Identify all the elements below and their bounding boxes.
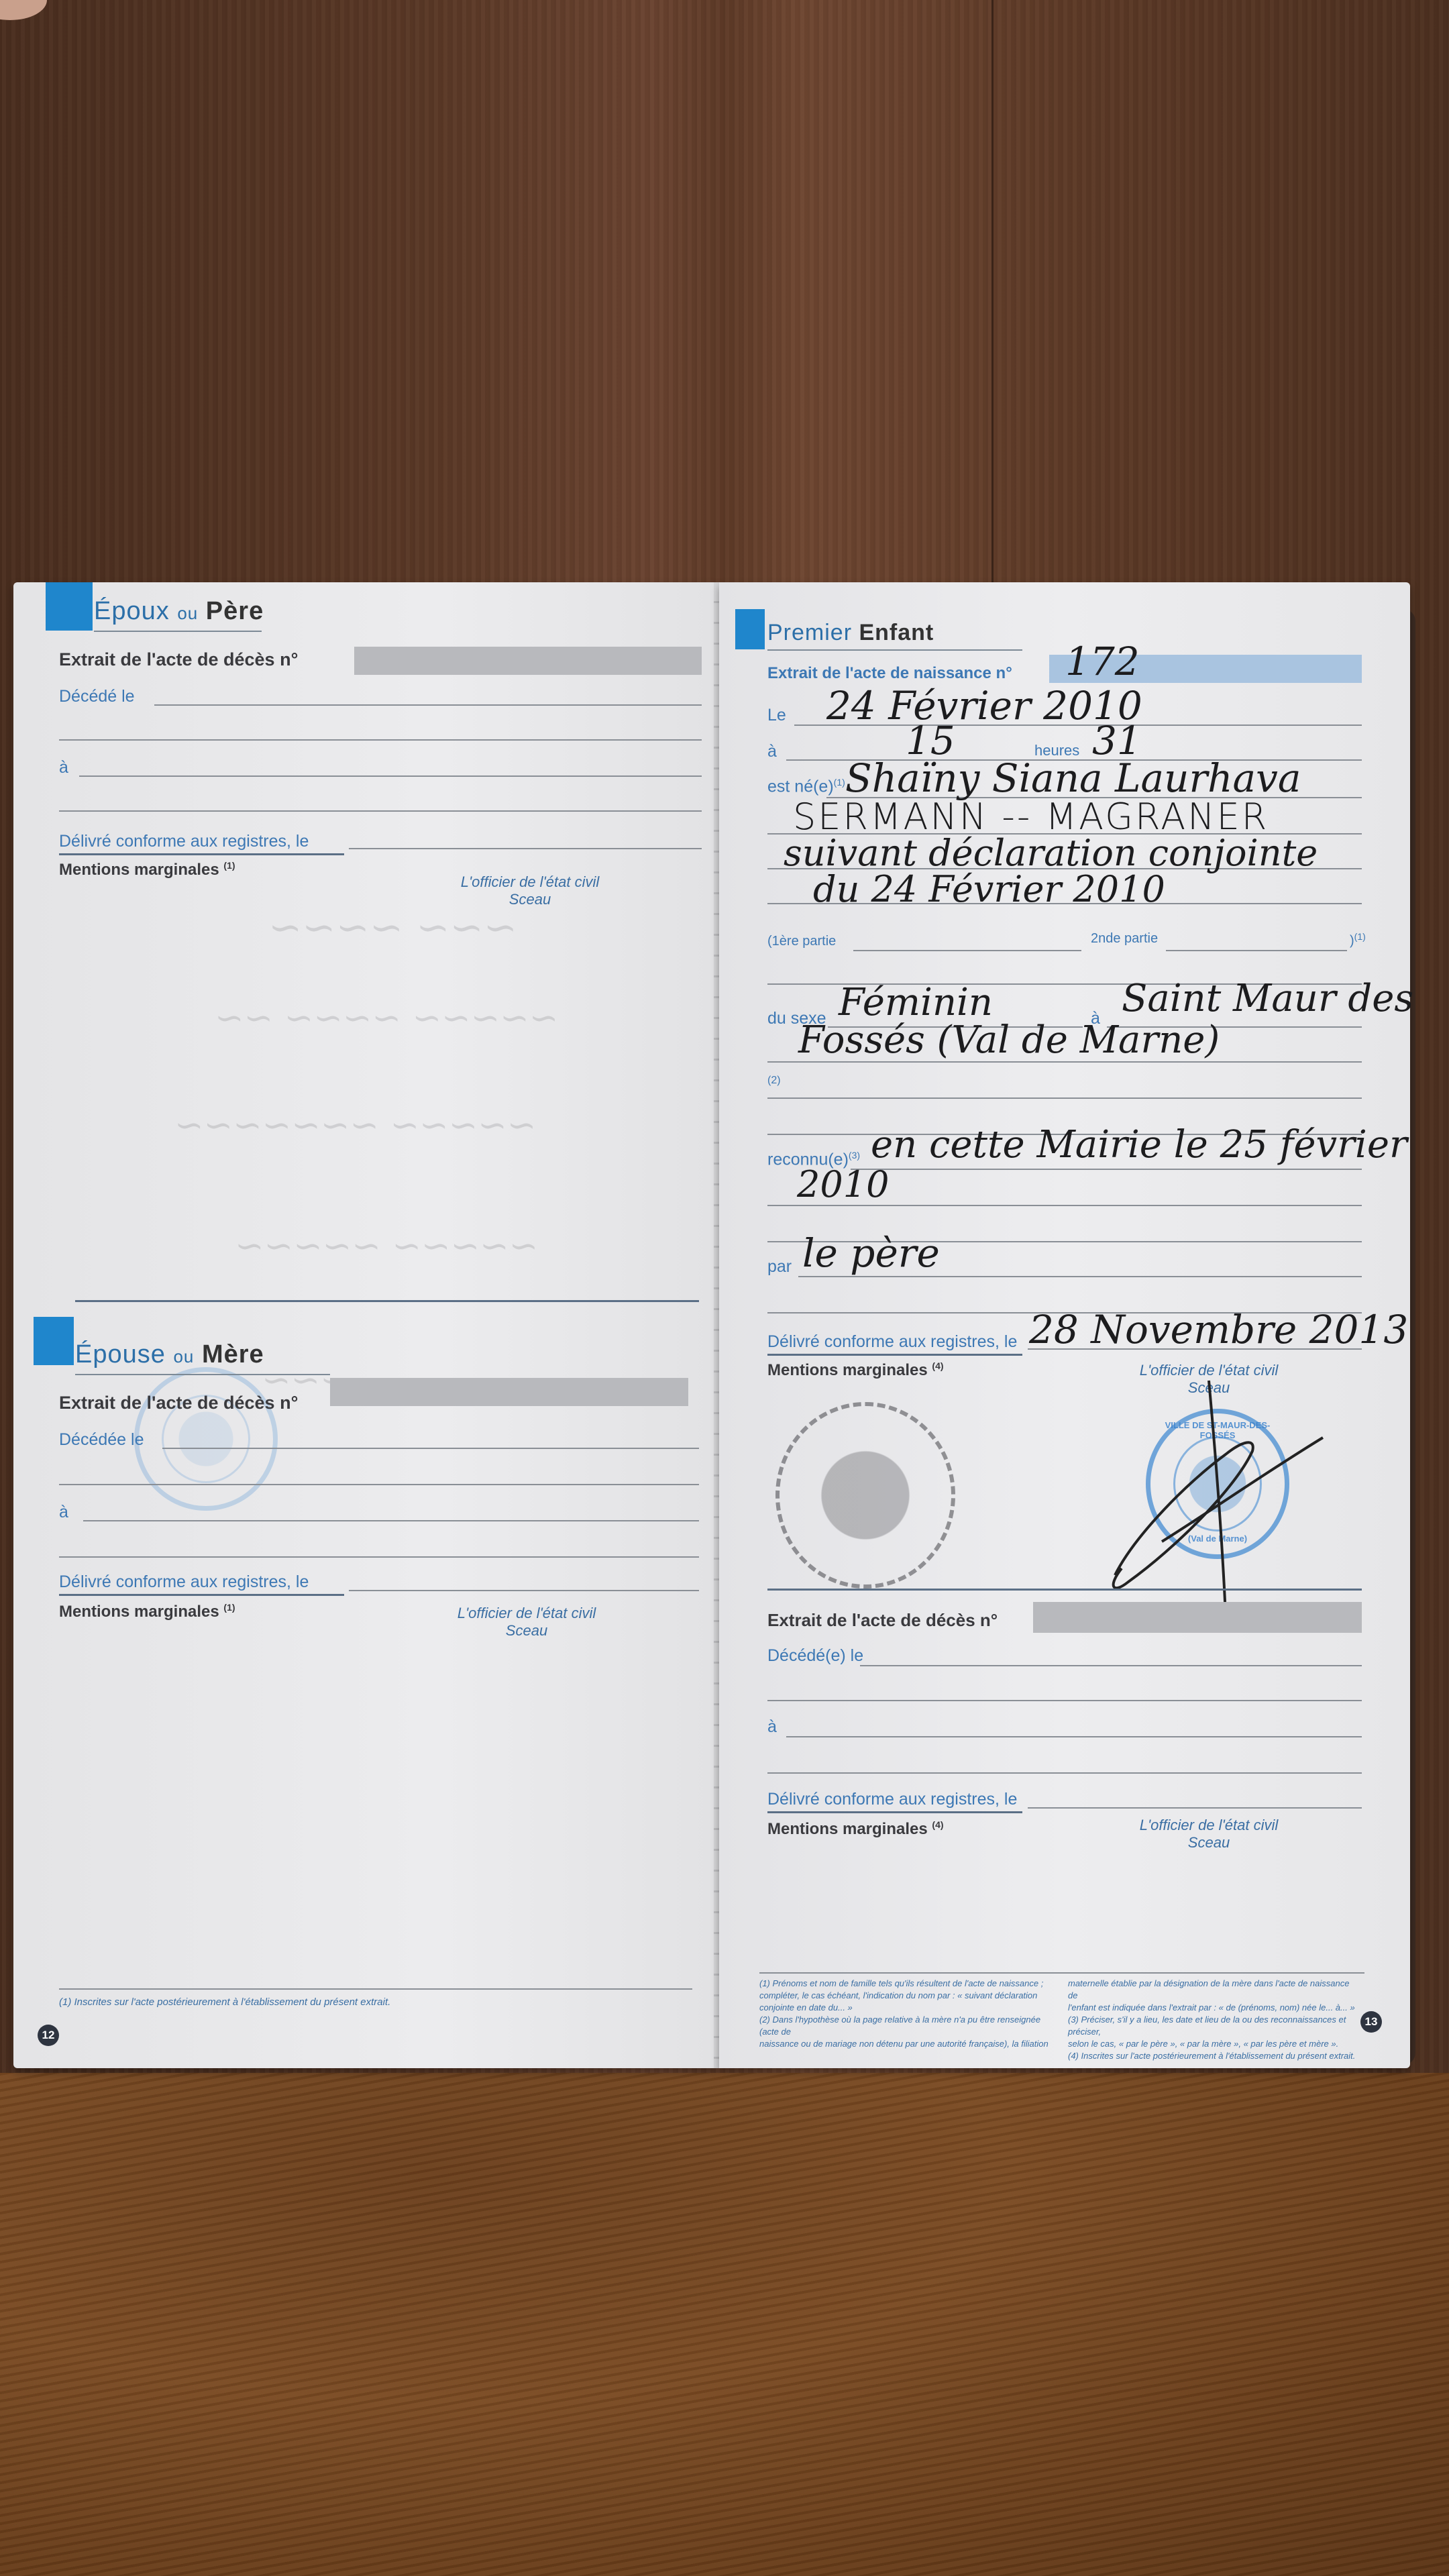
death-extract-label: Extrait de l'acte de décès n° — [59, 1393, 298, 1413]
footnote-line: l'enfant est indiquée dans l'extrait par… — [1068, 2002, 1356, 2014]
marginal-notes-label: Mentions marginales (4) — [767, 1360, 944, 1380]
title-underline — [94, 631, 262, 632]
footnote-line: (3) Préciser, s'il y a lieu, les date et… — [1068, 2014, 1356, 2038]
birth-extract-label: Extrait de l'acte de naissance n° — [767, 664, 1012, 683]
place-line-2[interactable] — [59, 810, 702, 812]
seal-label: Sceau — [436, 1622, 617, 1640]
died-on-line-2[interactable] — [59, 739, 702, 741]
ref-2-label: (2) — [767, 1075, 781, 1087]
bleed-through-ink: ~~~~~ ~~~~~~~ — [174, 1106, 536, 1146]
declaration-date: du 24 Février 2010 — [813, 868, 1165, 910]
marginal-notes-text: Mentions marginales — [767, 1820, 928, 1838]
place-line-2[interactable] — [59, 1556, 699, 1558]
officer-signature — [1108, 1374, 1350, 1622]
parts-close: )(1) — [1350, 931, 1366, 949]
recognized-line-1[interactable] — [851, 1169, 1362, 1170]
footnote-line: (4) Inscrites sur l'acte postérieurement… — [1068, 2050, 1356, 2062]
section-tab-marker — [46, 582, 93, 631]
footnote-divider — [59, 1988, 692, 1990]
footnote-line: selon le cas, « par le père », « par la … — [1068, 2038, 1356, 2050]
title-bold: Père — [206, 597, 264, 625]
birthplace-line-2-text: Fossés (Val de Marne) — [798, 1018, 1220, 1062]
wood-board-seam — [991, 0, 994, 590]
bleed-through-ink: ~~~~~ ~~~~~ — [235, 1226, 538, 1267]
marginal-notes-label: Mentions marginales (1) — [59, 860, 235, 879]
title-main: Premier — [767, 620, 852, 645]
time-label: à — [767, 742, 777, 761]
footnote-line: (1) Prénoms et nom de famille tels qu'il… — [759, 1978, 1061, 1990]
title-bold: Enfant — [859, 620, 934, 645]
born-label: est né(e)(1) — [767, 777, 845, 796]
wooden-table-surface — [0, 2073, 1449, 2576]
title-underline — [75, 1374, 330, 1375]
issued-label-underline — [59, 853, 344, 855]
by-label: par — [767, 1257, 792, 1277]
footnote-line: naissance ou de mariage non détenu par u… — [759, 2038, 1061, 2050]
issued-label: Délivré conforme aux registres, le — [767, 1332, 1017, 1352]
title-connector: ou — [173, 1346, 194, 1366]
footnote-ref: (1) — [834, 777, 845, 788]
section-tab-marker — [34, 1317, 74, 1365]
date-label: Le — [767, 706, 786, 725]
died-on-line[interactable] — [154, 704, 702, 706]
second-part-line[interactable] — [1166, 950, 1347, 951]
footnote-line: (2) Dans l'hypothèse où la page relative… — [759, 2014, 1061, 2038]
title-main: Époux — [94, 597, 170, 625]
child-given-names: Shaïny Siana Laurhava — [845, 755, 1301, 801]
died-on-label: Décédé le — [59, 687, 135, 706]
title-main: Épouse — [75, 1340, 166, 1368]
place-line[interactable] — [83, 1520, 699, 1521]
right-page: Premier Enfant Extrait de l'acte de nais… — [719, 582, 1410, 2068]
place-label: à — [59, 758, 68, 777]
issued-label-underline — [59, 1594, 344, 1596]
title-connector: ou — [177, 603, 198, 623]
issued-line[interactable] — [1028, 1807, 1362, 1809]
recognized-by: le père — [802, 1230, 940, 1276]
fingertip — [0, 0, 47, 20]
seal-label: Sceau — [1122, 1834, 1296, 1851]
place-line[interactable] — [786, 1736, 1362, 1737]
place-line-2[interactable] — [767, 1772, 1362, 1774]
marginal-notes-label: Mentions marginales (4) — [767, 1819, 944, 1839]
footnote-ref: (1) — [223, 1602, 235, 1613]
ref-2-line[interactable] — [767, 1097, 1362, 1099]
footnote-ref: (1) — [223, 860, 235, 871]
marginal-notes-text: Mentions marginales — [767, 1361, 928, 1379]
death-extract-number-field[interactable] — [354, 647, 702, 675]
second-part-label: 2nde partie — [1091, 931, 1158, 947]
place-label: à — [59, 1503, 68, 1522]
death-extract-number-field[interactable] — [330, 1378, 688, 1406]
by-line[interactable] — [798, 1276, 1362, 1277]
footnote-divider — [759, 1972, 1364, 1974]
died-on-line[interactable] — [162, 1448, 699, 1449]
footnote-ref: (4) — [932, 1819, 943, 1830]
title-bold: Mère — [202, 1340, 264, 1368]
section-divider — [75, 1300, 699, 1302]
section-tab-marker — [735, 609, 765, 649]
first-part-label: (1ère partie — [767, 934, 836, 949]
recognition-year: 2010 — [797, 1163, 889, 1205]
left-page: Époux ou Père Extrait de l'acte de décès… — [13, 582, 718, 2068]
section-title-spouse-mother: Épouse ou Mère — [75, 1340, 264, 1369]
issued-label-underline — [767, 1811, 1022, 1813]
footnotes-right: maternelle établie par la désignation de… — [1068, 1978, 1356, 2062]
died-on-line[interactable] — [860, 1665, 1362, 1666]
death-extract-label: Extrait de l'acte de décès n° — [767, 1610, 998, 1631]
marginal-notes-text: Mentions marginales — [59, 861, 219, 879]
footnote-line: conjointe en date du... » — [759, 2002, 1061, 2014]
footnote-ref: (4) — [932, 1360, 943, 1371]
family-record-book: Époux ou Père Extrait de l'acte de décès… — [13, 582, 1409, 2077]
section-title-spouse-father: Époux ou Père — [94, 597, 264, 626]
footnote: (1) Inscrites sur l'acte postérieurement… — [59, 1996, 390, 2008]
marginal-notes-label: Mentions marginales (1) — [59, 1602, 235, 1621]
section-title-first-child: Premier Enfant — [767, 620, 934, 646]
close-paren: ) — [1350, 934, 1354, 949]
bleed-through-seal — [134, 1367, 278, 1511]
bleed-through-ink: ~~~ ~~~~ — [268, 904, 517, 951]
footnote-ref: (1) — [1354, 931, 1366, 942]
officer-label: L'officier de l'état civil — [436, 1605, 617, 1622]
title-underline — [767, 649, 1022, 651]
footnote-line: compléter, le cas échéant, l'indication … — [759, 1990, 1061, 2002]
officer-label: L'officier de l'état civil — [443, 873, 617, 891]
died-on-line-2[interactable] — [767, 1700, 1362, 1701]
death-extract-label: Extrait de l'acte de décès n° — [59, 649, 298, 670]
footnote-line: maternelle établie par la désignation de… — [1068, 1978, 1356, 2002]
officer-label: L'officier de l'état civil — [1122, 1817, 1296, 1834]
issued-label-underline — [767, 1354, 1022, 1356]
issued-label: Délivré conforme aux registres, le — [59, 1572, 309, 1592]
grey-ink-seal-stamp — [775, 1402, 955, 1589]
died-on-label: Décédé(e) le — [767, 1646, 863, 1666]
recognition-text: en cette Mairie le 25 février — [871, 1123, 1407, 1167]
page-number: 13 — [1360, 2011, 1382, 2033]
footnote-ref: (3) — [849, 1150, 860, 1161]
footnotes-left: (1) Prénoms et nom de famille tels qu'il… — [759, 1978, 1061, 2050]
place-line[interactable] — [79, 775, 702, 777]
marginal-notes-text: Mentions marginales — [59, 1603, 219, 1621]
issued-label: Délivré conforme aux registres, le — [59, 832, 309, 851]
issued-label: Délivré conforme aux registres, le — [767, 1790, 1017, 1809]
died-on-label: Décédée le — [59, 1430, 144, 1450]
death-extract-number-field[interactable] — [1033, 1602, 1362, 1633]
born-text: est né(e) — [767, 777, 834, 796]
first-part-line[interactable] — [853, 950, 1081, 951]
issued-line[interactable] — [349, 1590, 699, 1591]
issued-line[interactable] — [349, 848, 702, 849]
page-number: 12 — [38, 2025, 59, 2046]
issued-date: 28 Novembre 2013 — [1029, 1307, 1408, 1352]
section-divider — [767, 1589, 1362, 1591]
birth-extract-number: 172 — [1065, 639, 1140, 684]
place-label: à — [767, 1717, 777, 1737]
bleed-through-ink: ~~~~~ ~~~~ ~~ — [215, 998, 558, 1038]
birthplace-line-1-text: Saint Maur des — [1122, 977, 1413, 1020]
died-on-line-2[interactable] — [59, 1484, 699, 1485]
